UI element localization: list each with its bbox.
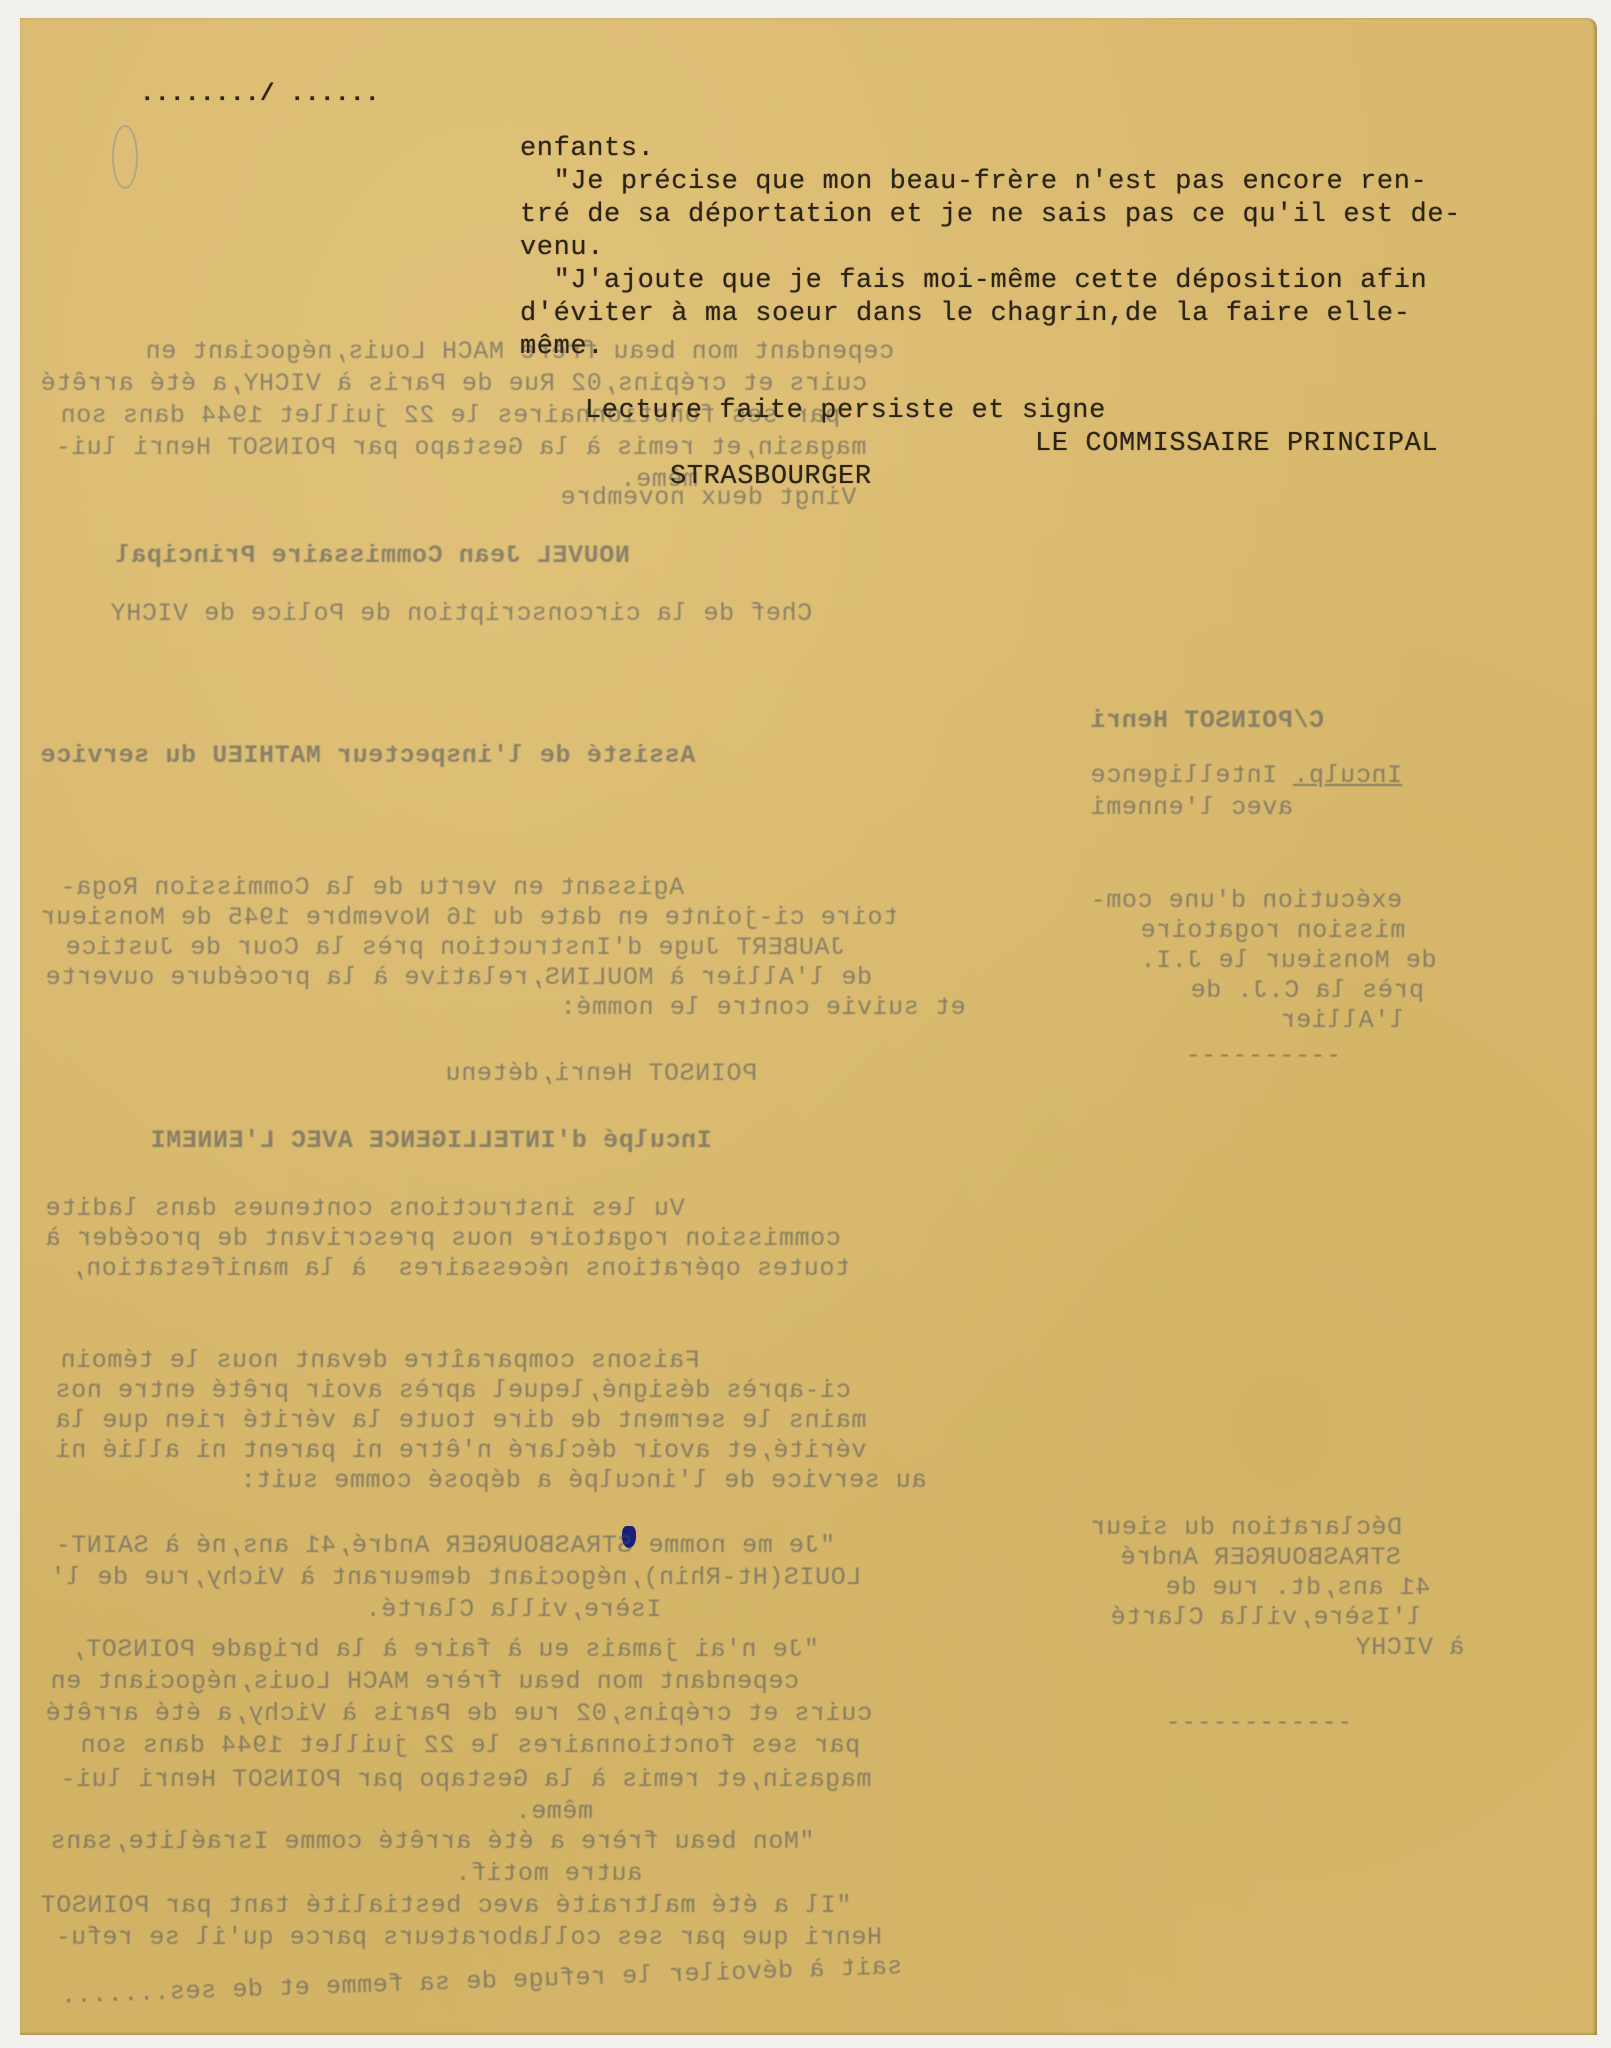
text-line-6: d'éviter à ma soeur dans le chagrin,de l…: [520, 298, 1411, 331]
bleed-testimony-10: "Mon beau frère a été arrêté comme Israé…: [50, 1826, 846, 1858]
text-line-7: même.: [520, 331, 604, 364]
bleed-summons-4: vérité,et avoir déclaré n'être ni parent…: [55, 1435, 866, 1467]
bleed-assisted-by: Assisté de l'inspecteur MATHIEU du servi…: [40, 740, 695, 772]
bleed-commission-1: Agissant en vertu de la Commission Roga-: [60, 872, 684, 904]
bleed-declaration-1: Déclaration du sieur: [1090, 1512, 1402, 1544]
bleed-execution-5: l'Allier: [1280, 1005, 1405, 1037]
bleed-instructions-1: Vu les instructions contenues dans ladit…: [45, 1193, 685, 1225]
bleed-charge-rest: Intelligence: [1090, 761, 1277, 790]
bleed-declaration-3: 41 ans,dt. rue de: [1165, 1572, 1430, 1604]
bleed-declaration-2: STRASBOURGER André: [1120, 1542, 1401, 1574]
closing-formula: Lecture faite persiste et signe: [585, 395, 1106, 428]
bleed-testimony-5: cependant mon beau frère MACH Louis,négo…: [50, 1666, 799, 1698]
bleed-top-line-4: magasin,et remis à la Gestapo par POINSO…: [55, 432, 866, 464]
bleed-execution-1: exécution d'une com-: [1090, 885, 1402, 917]
bleed-officer-role: Chef de la circonscription de Police de …: [110, 598, 812, 630]
text-line-5: "J'ajoute que je fais moi-même cette dép…: [520, 265, 1427, 298]
bleed-case-charge: Inculp. Intelligence: [1090, 760, 1402, 792]
bleed-testimony-6: cuirs et crépins,02 rue de Paris à Vichy…: [45, 1698, 872, 1730]
bleed-declaration-6: ------------: [1165, 1707, 1352, 1739]
bleed-commission-2: toire ci-jointe en date du 16 Novembre 1…: [40, 902, 898, 934]
bleed-case-title: C/POINSOT Henri: [1090, 705, 1324, 737]
text-line-3: tré de sa déportation et je ne sais pas …: [520, 199, 1461, 232]
bleed-testimony-1: "Je me nomme STRASBOURGER André,41 ans,n…: [55, 1530, 866, 1562]
pencil-page-number-mark: [112, 125, 138, 189]
bleed-testimony-7: par ses fonctionnaires le 22 juillet 194…: [80, 1730, 860, 1762]
bleed-commission-5: et suivie contre le nommé:: [560, 992, 966, 1024]
signatory-name: STRASBOURGER: [670, 461, 872, 494]
bleed-testimony-9: même.: [515, 1796, 593, 1828]
bleed-testimony-3: Isère,villa Clarté.: [365, 1594, 661, 1626]
bleed-execution-6: ----------: [1185, 1040, 1341, 1072]
bleed-charge-label: Inculp.: [1293, 761, 1402, 790]
bleed-testimony-11: autre motif.: [455, 1858, 642, 1890]
bleed-testimony-12: "Il a été maltraité avec bestialité tant…: [40, 1890, 883, 1922]
bleed-accusation: Inculpé d'INTELLIGENCE AVEC L'ENNEMI: [150, 1125, 712, 1157]
bleed-summons-5: au service de l'inculpé a déposé comme s…: [240, 1465, 927, 1497]
bleed-testimony-4: "Je n'ai jamais eu à faire à la brigade …: [70, 1634, 850, 1666]
bleed-case-charge-2: avec l'ennemi: [1090, 792, 1293, 824]
bleed-execution-4: près la C.J. de: [1190, 975, 1424, 1007]
bleed-summons-2: ci-après désigné,lequel après avoir prêt…: [55, 1375, 851, 1407]
bleed-summons-3: mains le serment de dire toute la vérité…: [55, 1405, 866, 1437]
bleed-instructions-3: toutes opérations nécessaires à la manif…: [70, 1253, 850, 1285]
bleed-instructions-2: commission rogatoire nous prescrivant de…: [45, 1223, 841, 1255]
bleed-accused: POINSOT Henri,détenu: [445, 1058, 757, 1090]
bleed-commission-3: JAUBERT Juge d'Instruction près la Cour …: [65, 932, 845, 964]
bleed-summons-1: Faisons comparaître devant nous le témoi…: [60, 1345, 700, 1377]
text-line-1: enfants.: [520, 133, 654, 166]
text-line-4: venu.: [520, 232, 604, 265]
bleed-testimony-2: LOUIS(Ht-Rhin),négociant demeurant à Vic…: [50, 1562, 861, 1594]
bleed-declaration-5: à VICHY: [1355, 1632, 1464, 1664]
text-line-2: "Je précise que mon beau-frère n'est pas…: [520, 166, 1427, 199]
bleed-testimony-8: magasin,et remis à la Gestapo par POINSO…: [60, 1764, 871, 1796]
signature-title: LE COMMISSAIRE PRINCIPAL: [1035, 428, 1438, 461]
bleed-execution-2: mission rogatoire: [1140, 915, 1405, 947]
bleed-commission-4: de l'Allier à MOULINS,relative à la proc…: [45, 962, 872, 994]
page-continuation-marker: ......../ ......: [140, 78, 380, 111]
bleed-officer: NOUVEL Jean Commissaire Principal: [115, 540, 630, 572]
bleed-execution-3: de Monsieur le J.I.: [1140, 945, 1436, 977]
bleed-testimony-13: Henri que par ses collaborateurs parce q…: [55, 1922, 882, 1954]
bleed-declaration-4: l'Isère,villa Clarté: [1110, 1602, 1422, 1634]
